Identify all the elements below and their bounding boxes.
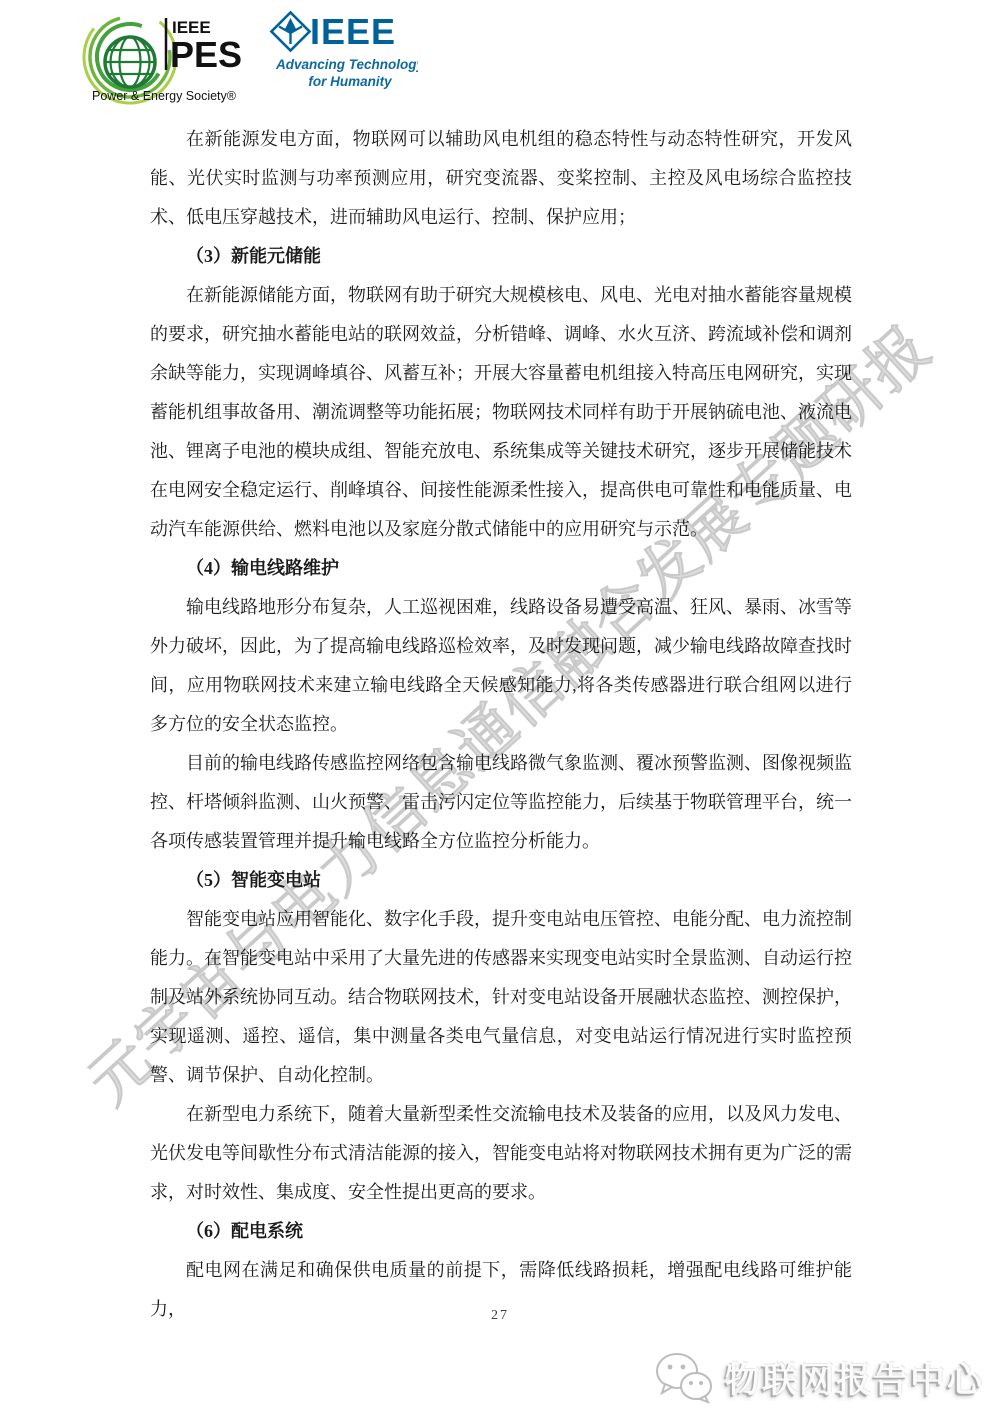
ieee-pes-logo-icon: IEEE PES Power & Energy Society®: [78, 5, 250, 107]
document-body: 在新能源发电方面，物联网可以辅助风电机组的稳态特性与动态特性研究，开发风能、光伏…: [150, 120, 852, 1329]
ieee-tagline-line2: for Humanity: [308, 74, 393, 89]
document-page: IEEE PES Power & Energy Society® IEEE Ad…: [0, 0, 1000, 1414]
section-heading-3: （3）新能元储能: [150, 237, 852, 276]
ieee-wordmark: IEEE: [310, 11, 396, 52]
paragraph-section4-2: 目前的输电线路传感监控网络包含输电线路微气象监测、覆冰预警监测、图像视频监控、杆…: [150, 744, 852, 861]
paragraph-section5-1: 智能变电站应用智能化、数字化手段，提升变电站电压管控、电能分配、电力流控制能力。…: [150, 900, 852, 1095]
section-heading-6: （6）配电系统: [150, 1212, 852, 1251]
source-watermark-label: 物联网报告中心: [725, 1353, 984, 1403]
pes-logo-pes-text: PES: [170, 34, 242, 75]
wechat-icon: [655, 1351, 713, 1405]
source-watermark: 物联网报告中心: [655, 1348, 984, 1408]
pes-logo-caption: Power & Energy Society®: [92, 89, 237, 103]
ieee-logo-icon: IEEE Advancing Technology for Humanity: [266, 5, 418, 101]
ieee-tagline-line1: Advancing Technology: [275, 57, 418, 72]
paragraph-section5-2: 在新型电力系统下，随着大量新型柔性交流输电技术及装备的应用，以及风力发电、光伏发…: [150, 1095, 852, 1212]
header-logos: IEEE PES Power & Energy Society® IEEE Ad…: [78, 5, 418, 105]
section-heading-4: （4）输电线路维护: [150, 549, 852, 588]
section-heading-5: （5）智能变电站: [150, 861, 852, 900]
paragraph-intro: 在新能源发电方面，物联网可以辅助风电机组的稳态特性与动态特性研究，开发风能、光伏…: [150, 120, 852, 237]
paragraph-section3-1: 在新能源储能方面，物联网有助于研究大规模核电、风电、光电对抽水蓄能容量规模的要求…: [150, 276, 852, 549]
paragraph-section4-1: 输电线路地形分布复杂，人工巡视困难，线路设备易遭受高温、狂风、暴雨、冰雪等外力破…: [150, 588, 852, 744]
page-number: 27: [0, 1308, 1000, 1324]
